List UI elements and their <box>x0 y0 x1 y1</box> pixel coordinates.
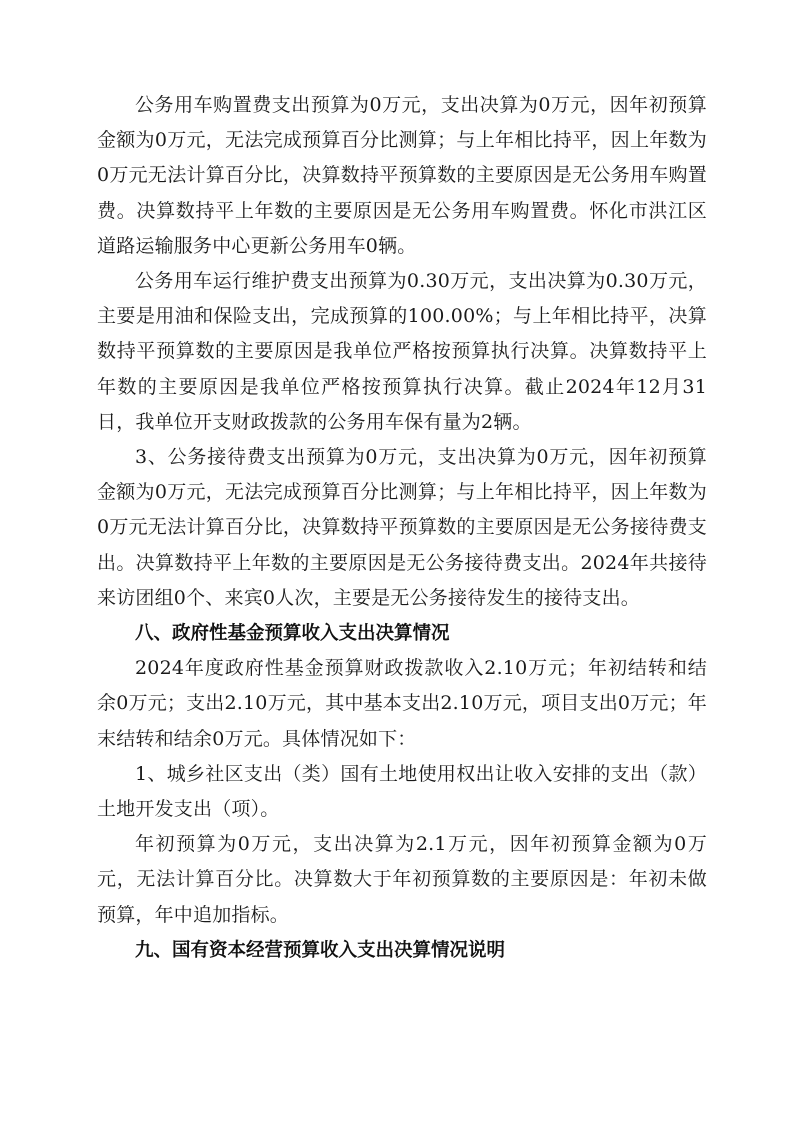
paragraph-official-reception: 3、公务接待费支出预算为0万元，支出决算为0万元，因年初预算金额为0万元，无法完… <box>97 440 707 616</box>
paragraph-land-development-detail: 年初预算为0万元，支出决算为2.1万元，因年初预算金额为0万元，无法计算百分比。… <box>97 827 707 933</box>
paragraph-urban-rural-expenditure-item: 1、城乡社区支出（类）国有土地使用权出让收入安排的支出（款）土地开发支出（项）。 <box>97 757 707 827</box>
section-heading-government-fund: 八、政府性基金预算收入支出决算情况 <box>97 616 707 651</box>
paragraph-government-fund-summary: 2024年度政府性基金预算财政拨款收入2.10万元；年初结转和结余0万元；支出2… <box>97 651 707 757</box>
paragraph-vehicle-maintenance: 公务用车运行维护费支出预算为0.30万元，支出决算为0.30万元，主要是用油和保… <box>97 264 707 440</box>
paragraph-vehicle-purchase: 公务用车购置费支出预算为0万元，支出决算为0万元，因年初预算金额为0万元，无法完… <box>97 88 707 264</box>
section-heading-state-capital: 九、国有资本经营预算收入支出决算情况说明 <box>97 933 707 968</box>
document-page: 公务用车购置费支出预算为0万元，支出决算为0万元，因年初预算金额为0万元，无法完… <box>97 88 707 968</box>
